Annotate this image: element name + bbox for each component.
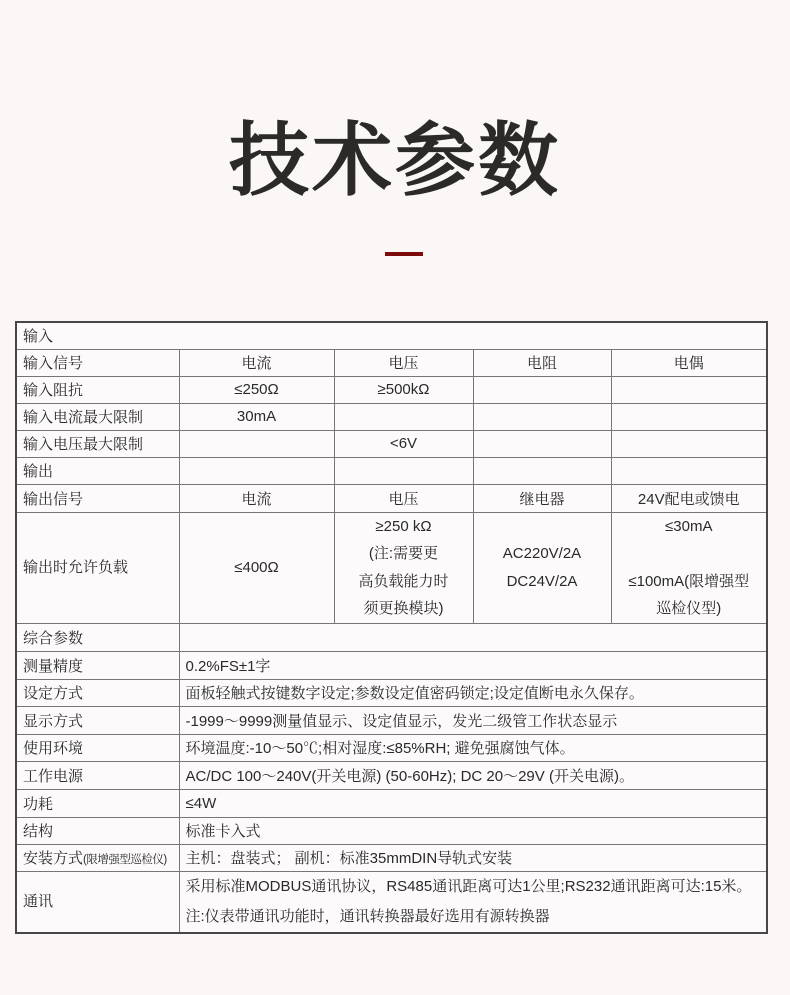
col-header-voltage: 电压 [334, 349, 473, 376]
col-header-thermocouple: 电偶 [611, 349, 767, 376]
row-label: 输出时允许负载 [16, 512, 179, 623]
row-label: 输出信号 [16, 484, 179, 512]
row-label: 输入阻抗 [16, 376, 179, 403]
table-cell: AC/DC 100～240V(开关电源) (50-60Hz); DC 20～29… [179, 761, 767, 789]
row-label: 设定方式 [16, 679, 179, 706]
table-row-output-load: 输出时允许负载 ≤400Ω ≥250 kΩ (注:需要更 高负载能力时 须更换模… [16, 512, 767, 623]
row-label: 显示方式 [16, 706, 179, 734]
empty-cell [611, 376, 767, 403]
table-cell: ≤4W [179, 789, 767, 817]
table-cell: -1999～9999测量值显示、设定值显示，发光二级管工作状态显示 [179, 706, 767, 734]
row-label: 输入电流最大限制 [16, 403, 179, 430]
empty-cell [473, 430, 611, 457]
table-row-display-method: 显示方式 -1999～9999测量值显示、设定值显示，发光二级管工作状态显示 [16, 706, 767, 734]
col-header-24v-power: 24V配电或馈电 [611, 484, 767, 512]
table-cell: <6V [334, 430, 473, 457]
row-label: 工作电源 [16, 761, 179, 789]
table-row-max-input-current: 输入电流最大限制 30mA [16, 403, 767, 430]
table-row-input-section: 输入 [16, 322, 767, 349]
table-cell: ≤400Ω [179, 512, 334, 623]
col-header-current: 电流 [179, 484, 334, 512]
col-header-voltage: 电压 [334, 484, 473, 512]
table-row-input-impedance: 输入阻抗 ≤250Ω ≥500kΩ [16, 376, 767, 403]
empty-cell [334, 403, 473, 430]
row-label: 安装方式(限增强型巡检仪) [16, 844, 179, 871]
section-label-input: 输入 [16, 322, 767, 349]
empty-cell [179, 623, 767, 651]
table-row-accuracy: 测量精度 0.2%FS±1字 [16, 651, 767, 679]
table-row-communication: 通讯 采用标准MODBUS通讯协议，RS485通讯距离可达1公里;RS232通讯… [16, 871, 767, 933]
table-cell: ≤250Ω [179, 376, 334, 403]
row-label: 结构 [16, 817, 179, 844]
col-header-relay: 继电器 [473, 484, 611, 512]
table-cell: 30mA [179, 403, 334, 430]
row-label: 通讯 [16, 871, 179, 933]
row-label: 输入电压最大限制 [16, 430, 179, 457]
empty-cell [611, 457, 767, 484]
table-row-setting-method: 设定方式 面板轻触式按键数字设定;参数设定值密码锁定;设定值断电永久保存。 [16, 679, 767, 706]
table-cell: ≥500kΩ [334, 376, 473, 403]
section-label-output: 输出 [16, 457, 179, 484]
empty-cell [179, 457, 334, 484]
table-cell: ≥250 kΩ (注:需要更 高负载能力时 须更换模块) [334, 512, 473, 623]
empty-cell [179, 430, 334, 457]
row-label: 输入信号 [16, 349, 179, 376]
empty-cell [334, 457, 473, 484]
table-row-power-consumption: 功耗 ≤4W [16, 789, 767, 817]
page-title: 技术参数 [0, 116, 790, 206]
table-row-max-input-voltage: 输入电压最大限制 <6V [16, 430, 767, 457]
section-label-general: 综合参数 [16, 623, 179, 651]
table-cell: 主机：盘装式； 副机：标准35mmDIN导轨式安装 [179, 844, 767, 871]
table-cell: 0.2%FS±1字 [179, 651, 767, 679]
row-label: 功耗 [16, 789, 179, 817]
empty-cell [473, 457, 611, 484]
table-row-input-signal: 输入信号 电流 电压 电阻 电偶 [16, 349, 767, 376]
mounting-label: 安装方式 [23, 850, 83, 867]
table-cell: 环境温度:-10～50℃;相对湿度:≤85%RH; 避免强腐蚀气体。 [179, 734, 767, 761]
table-row-mounting: 安装方式(限增强型巡检仪) 主机：盘装式； 副机：标准35mmDIN导轨式安装 [16, 844, 767, 871]
row-label: 使用环境 [16, 734, 179, 761]
spec-table: 输入 输入信号 电流 电压 电阻 电偶 输入阻抗 ≤250Ω ≥500kΩ 输入… [15, 321, 768, 934]
table-row-environment: 使用环境 环境温度:-10～50℃;相对湿度:≤85%RH; 避免强腐蚀气体。 [16, 734, 767, 761]
col-header-current: 电流 [179, 349, 334, 376]
spec-sheet-page: 技术参数 输入 输入信号 电流 电压 电阻 电偶 输入阻抗 ≤250Ω ≥500… [0, 0, 790, 995]
table-row-power-supply: 工作电源 AC/DC 100～240V(开关电源) (50-60Hz); DC … [16, 761, 767, 789]
table-row-general-section: 综合参数 [16, 623, 767, 651]
row-label: 测量精度 [16, 651, 179, 679]
table-cell: 面板轻触式按键数字设定;参数设定值密码锁定;设定值断电永久保存。 [179, 679, 767, 706]
mounting-label-note: (限增强型巡检仪) [83, 854, 167, 866]
col-header-resistance: 电阻 [473, 349, 611, 376]
empty-cell [473, 376, 611, 403]
table-cell: ≤30mA ≤100mA(限增强型 巡检仪型) [611, 512, 767, 623]
table-row-output-signal: 输出信号 电流 电压 继电器 24V配电或馈电 [16, 484, 767, 512]
table-cell: 标准卡入式 [179, 817, 767, 844]
table-cell: 采用标准MODBUS通讯协议，RS485通讯距离可达1公里;RS232通讯距离可… [179, 871, 767, 933]
title-underline [385, 252, 423, 256]
empty-cell [611, 403, 767, 430]
empty-cell [611, 430, 767, 457]
table-row-structure: 结构 标准卡入式 [16, 817, 767, 844]
table-row-output-section: 输出 [16, 457, 767, 484]
table-cell: AC220V/2A DC24V/2A [473, 512, 611, 623]
empty-cell [473, 403, 611, 430]
